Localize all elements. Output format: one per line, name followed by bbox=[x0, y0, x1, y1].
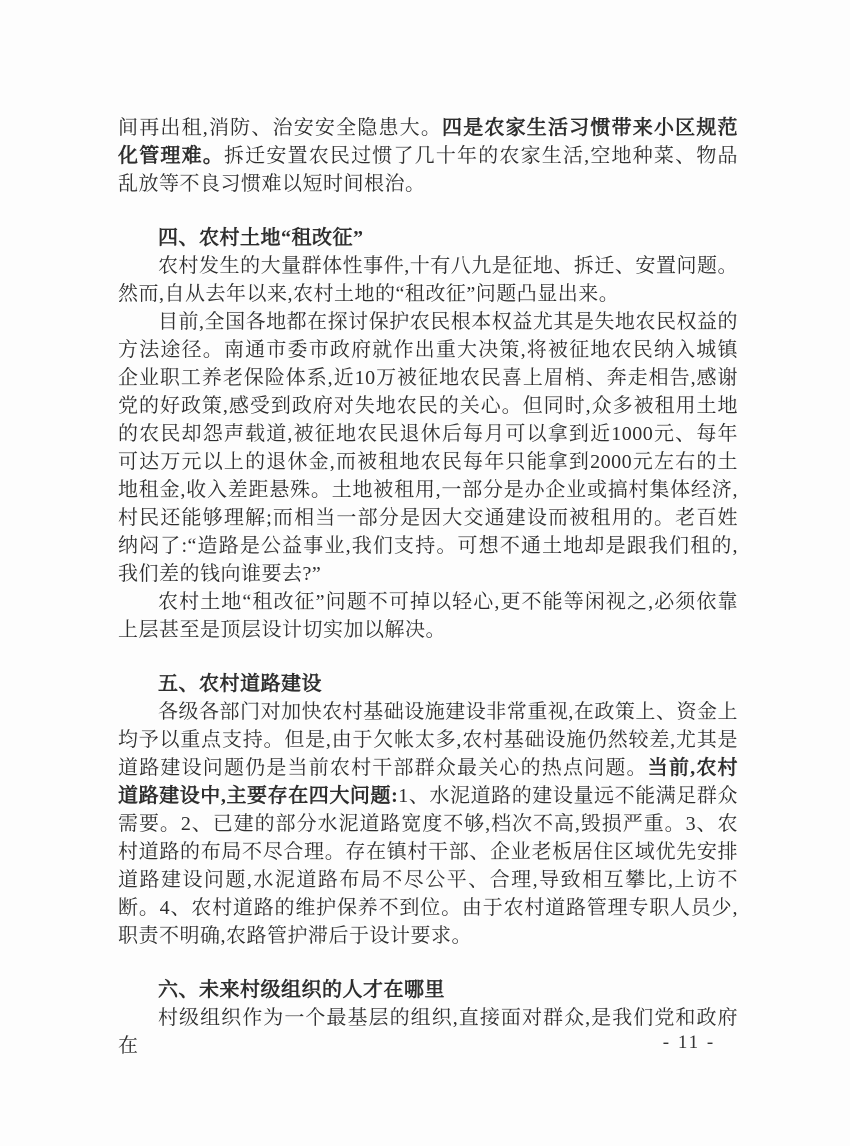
body-text: 农村发生的大量群体性事件,十有八九是征地、拆迁、安置问题。然而,自从去年以来,农… bbox=[118, 255, 738, 305]
emphasis-text: 五、农村道路建设 bbox=[158, 673, 322, 695]
emphasis-text: 四、农村土地“租改征” bbox=[158, 227, 364, 249]
section-heading: 四、农村土地“租改征” bbox=[118, 224, 738, 252]
body-text: 目前,全国各地都在探讨保护农民根本权益尤其是失地农民权益的方法途径。南通市委市政… bbox=[118, 311, 738, 585]
body-text: 各级各部门对加快农村基础设施建设非常重视,在政策上、资金上均予以重点支持。但是,… bbox=[118, 701, 738, 779]
body-text: 农村土地“租改征”问题不可掉以轻心,更不能等闲视之,必须依靠上层甚至是顶层设计切… bbox=[118, 591, 738, 641]
body-text: 间再出租,消防、治安安全隐患大。 bbox=[118, 117, 442, 139]
body-paragraph: 农村发生的大量群体性事件,十有八九是征地、拆迁、安置问题。然而,自从去年以来,农… bbox=[118, 252, 738, 308]
body-text: 1、水泥道路的建设量远不能满足群众需要。2、已建的部分水泥道路宽度不够,档次不高… bbox=[118, 785, 738, 947]
document-page: 间再出租,消防、治安安全隐患大。四是农家生活习惯带来小区规范化管理难。拆迁安置农… bbox=[0, 0, 850, 1146]
body-paragraph: 农村土地“租改征”问题不可掉以轻心,更不能等闲视之,必须依靠上层甚至是顶层设计切… bbox=[118, 588, 738, 644]
document-text-block: 间再出租,消防、治安安全隐患大。四是农家生活习惯带来小区规范化管理难。拆迁安置农… bbox=[118, 114, 738, 1060]
section-heading: 六、未来村级组织的人才在哪里 bbox=[118, 976, 738, 1004]
page-number: - 11 - bbox=[640, 1032, 738, 1054]
emphasis-text: 六、未来村级组织的人才在哪里 bbox=[158, 979, 445, 1001]
body-paragraph: 间再出租,消防、治安安全隐患大。四是农家生活习惯带来小区规范化管理难。拆迁安置农… bbox=[118, 114, 738, 198]
section-heading: 五、农村道路建设 bbox=[118, 670, 738, 698]
body-paragraph: 各级各部门对加快农村基础设施建设非常重视,在政策上、资金上均予以重点支持。但是,… bbox=[118, 698, 738, 950]
body-paragraph: 目前,全国各地都在探讨保护农民根本权益尤其是失地农民权益的方法途径。南通市委市政… bbox=[118, 308, 738, 588]
